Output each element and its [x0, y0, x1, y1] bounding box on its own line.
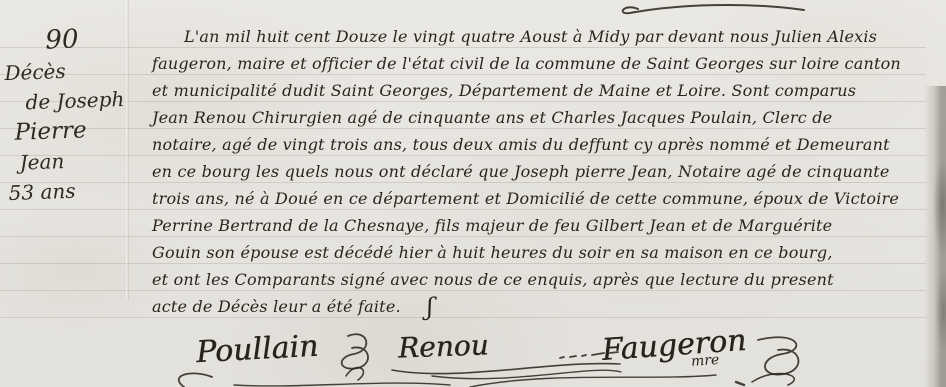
page-edge-shadow	[924, 86, 946, 387]
body-line: L'an mil huit cent Douze le vingt quatre…	[152, 23, 936, 50]
signature-poullain: Poullain	[195, 329, 319, 370]
body-line: et municipalité dudit Saint Georges, Dép…	[152, 77, 936, 104]
closing-paraph-mark: ʃ	[427, 293, 434, 321]
margin-line-de-joseph: de Joseph	[25, 84, 124, 117]
margin-line-jean: Jean	[19, 144, 126, 178]
margin-line-pierre: Pierre	[14, 114, 125, 148]
body-line-text: acte de Décès leur a été faite.	[152, 297, 401, 316]
body-line: notaire, agé de vingt trois ans, tous de…	[152, 131, 936, 158]
scanned-death-record-page: 90 Décès de Joseph Pierre Jean 53 ans L'…	[0, 0, 946, 387]
signature-poullain-name: Poullain	[195, 329, 319, 370]
body-line: Gouin son épouse est décédé hier à huit …	[152, 239, 936, 266]
body-line: en ce bourg les quels nous ont déclaré q…	[152, 158, 936, 185]
body-line: faugeron, maire et officier de l'état ci…	[152, 50, 936, 77]
bottom-cutoff-signature-strokes	[150, 369, 750, 387]
entry-number: 90	[45, 22, 122, 57]
body-line: Jean Renou Chirurgien agé de cinquante a…	[152, 104, 936, 131]
margin-annotation: 90 Décès de Joseph Pierre Jean 53 ans	[3, 22, 127, 208]
body-line: trois ans, né à Doué en ce département e…	[152, 185, 936, 212]
previous-entry-flourish	[598, 0, 810, 18]
record-body-text: L'an mil huit cent Douze le vingt quatre…	[152, 23, 936, 320]
body-line: Perrine Bertrand de la Chesnaye, fils ma…	[152, 212, 936, 239]
margin-line-age: 53 ans	[8, 174, 127, 208]
paper-fold-crease	[126, 0, 129, 300]
body-line: acte de Décès leur a été faite.ʃ	[152, 293, 936, 320]
body-line: et ont les Comparants signé avec nous de…	[152, 266, 936, 293]
margin-line-deces: Décès	[4, 54, 123, 88]
signature-faugeron-paraph	[746, 328, 818, 386]
